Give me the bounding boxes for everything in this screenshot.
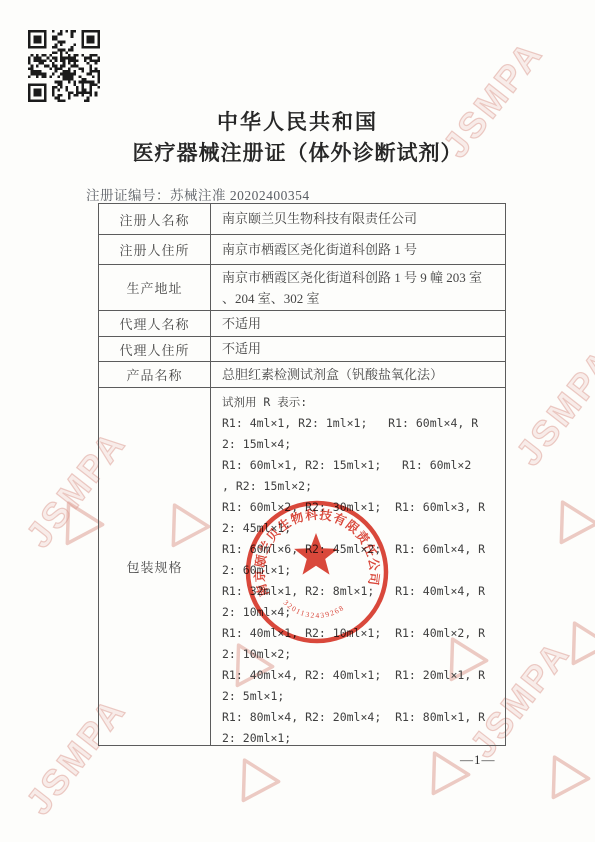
row-label-agent-address: 代理人住所 <box>99 337 211 361</box>
row-label-production-address: 生产地址 <box>99 265 211 310</box>
watermark-triangle-icon <box>540 752 586 799</box>
value-line: 2: 5ml×1; <box>222 686 499 707</box>
qr-code-icon <box>28 30 100 102</box>
table-row-product-name: 产品名称总胆红素检测试剂盒（钒酸盐氧化法） <box>99 361 505 387</box>
value-line: 2: 15ml×4; <box>222 434 499 455</box>
row-label-agent-name: 代理人名称 <box>99 311 211 336</box>
company-seal-stamp: 南京颐兰贝生物科技有限责任公司 3201132439268 <box>241 496 395 650</box>
row-value-registrant-address: 南京市栖霞区尧化街道科创路 1 号 <box>211 235 505 264</box>
row-label-product-name: 产品名称 <box>99 362 211 387</box>
certificate-page: JSMPA JSMPA JSMPA JSMPA JSMPA 中华人民共和国 医疗… <box>0 0 595 842</box>
cert-table: 注册人名称南京颐兰贝生物科技有限责任公司注册人住所南京市栖霞区尧化街道科创路 1… <box>98 203 506 746</box>
row-value-agent-name: 不适用 <box>211 311 505 336</box>
seal-number: 3201132439268 <box>282 598 347 620</box>
registration-number-value: 苏械注准 20202400354 <box>170 188 310 203</box>
value-line: R1: 4ml×1, R2: 1ml×1; R1: 60ml×4, R <box>222 413 499 434</box>
registration-number-label: 注册证编号： <box>86 188 170 203</box>
value-line: 南京市栖霞区尧化街道科创路 1 号 9 幢 203 室 <box>222 267 499 288</box>
value-line: R1: 80ml×4, R2: 20ml×4; R1: 80ml×1, R <box>222 707 499 728</box>
row-value-agent-address: 不适用 <box>211 337 505 361</box>
svg-text:3201132439268: 3201132439268 <box>282 598 347 620</box>
value-line: R1: 60ml×1, R2: 15ml×1; R1: 60ml×2 <box>222 455 499 476</box>
row-value-product-name: 总胆红素检测试剂盒（钒酸盐氧化法） <box>211 362 505 387</box>
table-row-agent-address: 代理人住所不适用 <box>99 336 505 361</box>
value-line: 、204 室、302 室 <box>222 288 499 309</box>
page-number: —1— <box>460 752 496 768</box>
table-row-production-address: 生产地址南京市栖霞区尧化街道科创路 1 号 9 幢 203 室、204 室、30… <box>99 264 505 310</box>
certificate-title: 医疗器械注册证（体外诊断试剂） <box>0 137 595 167</box>
table-row-agent-name: 代理人名称不适用 <box>99 310 505 336</box>
seal-star-icon <box>294 533 338 575</box>
value-line: 试剂用 R 表示: <box>222 392 499 413</box>
value-line: R1: 40ml×4, R2: 40ml×1; R1: 20ml×1, R <box>222 665 499 686</box>
row-label-packaging-spec: 包装规格 <box>99 388 211 745</box>
country-title: 中华人民共和国 <box>0 106 595 136</box>
value-line: 2: 20ml×1; <box>222 728 499 749</box>
table-row-registrant-name: 注册人名称南京颐兰贝生物科技有限责任公司 <box>99 204 505 234</box>
row-value-registrant-name: 南京颐兰贝生物科技有限责任公司 <box>211 204 505 234</box>
value-line: , R2: 15ml×2; <box>222 476 499 497</box>
row-value-production-address: 南京市栖霞区尧化街道科创路 1 号 9 幢 203 室、204 室、302 室 <box>211 265 505 310</box>
watermark-triangle-icon <box>548 497 594 544</box>
watermark-triangle-icon <box>230 755 276 802</box>
table-row-registrant-address: 注册人住所南京市栖霞区尧化街道科创路 1 号 <box>99 234 505 264</box>
watermark-triangle-icon <box>560 618 595 665</box>
row-label-registrant-address: 注册人住所 <box>99 235 211 264</box>
jsmpa-watermark-text: JSMPA <box>508 340 595 473</box>
registration-number-line: 注册证编号：苏械注准 20202400354 <box>86 184 310 204</box>
watermark-triangle-icon <box>54 498 100 545</box>
row-label-registrant-name: 注册人名称 <box>99 204 211 234</box>
